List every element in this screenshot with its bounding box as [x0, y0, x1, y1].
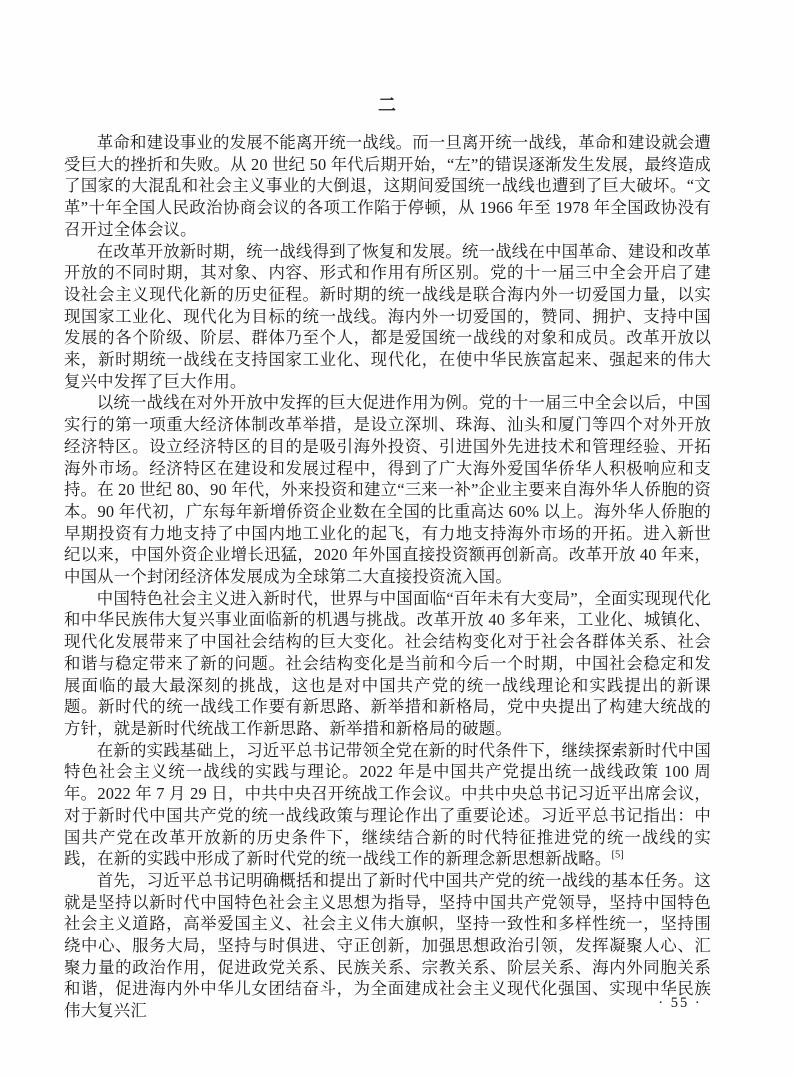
paragraph-text: 在改革开放新时期，统一战线得到了恢复和发展。统一战线在中国革命、建设和改革开放的…: [64, 242, 711, 391]
paragraph: 在改革开放新时期，统一战线得到了恢复和发展。统一战线在中国革命、建设和改革开放的…: [64, 241, 711, 393]
paragraph: 革命和建设事业的发展不能离开统一战线。而一旦离开统一战线，革命和建设就会遭受巨大…: [64, 132, 711, 241]
footnote-reference-5: [5]: [612, 850, 624, 861]
paragraph-text: 中国特色社会主义进入新时代，世界与中国面临“百年未有大变局”，全面实现现代化和中…: [64, 589, 711, 738]
page-number: · 55 ·: [620, 995, 740, 1012]
paragraph-text: 首先，习近平总书记明确概括和提出了新时代中国共产党的统一战线的基本任务。这就是坚…: [64, 871, 711, 1020]
paragraph: 首先，习近平总书记明确概括和提出了新时代中国共产党的统一战线的基本任务。这就是坚…: [64, 870, 711, 1022]
page-content: 二 革命和建设事业的发展不能离开统一战线。而一旦离开统一战线，革命和建设就会遭受…: [64, 93, 711, 1022]
document-page: 二 革命和建设事业的发展不能离开统一战线。而一旦离开统一战线，革命和建设就会遭受…: [0, 0, 793, 1077]
paragraph: 以统一战线在对外开放中发挥的巨大促进作用为例。党的十一届三中全会以后，中国实行的…: [64, 392, 711, 587]
section-heading: 二: [64, 93, 711, 118]
paragraph-text: 以统一战线在对外开放中发挥的巨大促进作用为例。党的十一届三中全会以后，中国实行的…: [64, 393, 711, 586]
paragraph: 中国特色社会主义进入新时代，世界与中国面临“百年未有大变局”，全面实现现代化和中…: [64, 588, 711, 740]
paragraph-text: 革命和建设事业的发展不能离开统一战线。而一旦离开统一战线，革命和建设就会遭受巨大…: [64, 133, 711, 239]
document-body: 革命和建设事业的发展不能离开统一战线。而一旦离开统一战线，革命和建设就会遭受巨大…: [64, 132, 711, 1022]
paragraph: 在新的实践基础上，习近平总书记带领全党在新的时代条件下，继续探索新时代中国特色社…: [64, 740, 711, 870]
